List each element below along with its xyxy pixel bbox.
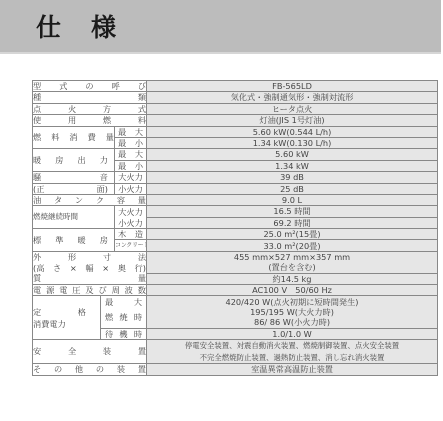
value-safety: 停電安全装置、対震自動消火装置、燃焼制御装置、点火安全装置 不完全燃焼防止装置、… [147,339,438,363]
sublabel-concrete: コンクリート [115,240,147,251]
value-safety-line2: 不完全燃焼防止装置、過熱防止装置、消し忘れ消火装置 [147,352,437,364]
sublabel-heat-min: 最小 [115,160,147,171]
row-room-wood: 標準暖房 木造 25.0 m²(15畳) [33,229,438,240]
row-dimensions-2: (高さ×幅×奥行) (置台を含む) [33,262,438,273]
label-type: 種類 [33,92,147,103]
value-ignition: ヒータ点火 [147,103,438,114]
label-fuel: 使用燃料 [33,115,147,126]
value-power-burning-low: 86/ 86 W(小火力時) [147,317,438,328]
label-dimensions: 外形寸法 [33,251,147,262]
sublabel-burn-low: 小火力 [115,217,147,228]
row-tank: 油タンク容量 9.0 L [33,194,438,205]
value-power-standby: 1.0/1.0 W [147,328,438,339]
sublabel-power-standby: 待機時 [101,328,147,339]
row-weight: 質量 約14.5 kg [33,273,438,284]
row-noise-high: 騒音 大火力 39 dB [33,172,438,183]
row-ignition: 点火方式 ヒータ点火 [33,103,438,114]
label-model: 型式の呼び [33,81,147,92]
sublabel-heat-max: 最大 [115,149,147,160]
label-burn-time: 燃焼継続時間 [33,206,115,229]
value-dimensions: 455 mm×527 mm×357 mm [147,251,438,262]
sublabel-noise-low: 小火力 [115,183,147,194]
value-power-burning-high: 195/195 W(大火力時) [147,307,438,317]
label-noise: 騒音 [33,172,115,183]
label-power-consumption: 定格 消費電力 [33,296,101,340]
header-band: 仕様 [0,0,441,54]
row-type: 種類 気化式・強制通気形・強制対流形 [33,92,438,103]
label-other: その他の装置 [33,364,147,375]
row-fuel-consumption-max: 燃料消費量 最大 5.60 kW(0.544 L/h) [33,126,438,137]
label-heat-output: 暖房出力 [33,149,115,172]
value-model: FB-565LD [147,81,438,92]
value-fuel: 灯油(JIS 1号灯油) [147,115,438,126]
value-tank: 9.0 L [147,194,438,205]
value-other: 室温異常高温防止装置 [147,364,438,375]
value-weight: 約14.5 kg [147,273,438,284]
row-power-max: 定格 消費電力 最大 420/420 W(点火初期に短時間発生) [33,296,438,307]
label-power-consumption-line2: 消費電力 [33,318,100,330]
value-noise-low: 25 dB [147,183,438,194]
spec-table: 型式の呼び FB-565LD 種類 気化式・強制通気形・強制対流形 点火方式 ヒ… [32,80,438,376]
value-power-supply: AC100 V 50/60 Hz [147,285,438,296]
row-fuel: 使用燃料 灯油(JIS 1号灯油) [33,115,438,126]
label-ignition: 点火方式 [33,103,147,114]
label-fuel-consumption: 燃料消費量 [33,126,115,149]
sublabel-power-burning: 燃焼時 [101,307,147,328]
value-heat-max: 5.60 kW [147,149,438,160]
row-dimensions-1: 外形寸法 455 mm×527 mm×357 mm [33,251,438,262]
row-model: 型式の呼び FB-565LD [33,81,438,92]
row-burn-time-high: 燃焼継続時間 大火力 16.5 時間 [33,206,438,217]
value-dimensions-note: (置台を含む) [147,262,438,273]
value-heat-min: 1.34 kW [147,160,438,171]
row-other: その他の装置 室温異常高温防止装置 [33,364,438,375]
label-safety: 安全装置 [33,339,147,363]
value-burn-high: 16.5 時間 [147,206,438,217]
label-tank: 油タンク容量 [33,194,147,205]
value-concrete: 33.0 m²(20畳) [147,240,438,251]
row-heat-output-max: 暖房出力 最大 5.60 kW [33,149,438,160]
value-burn-low: 69.2 時間 [147,217,438,228]
row-power-supply: 電源電圧及び周波数 AC100 V 50/60 Hz [33,285,438,296]
sublabel-burn-high: 大火力 [115,206,147,217]
value-fuel-max: 5.60 kW(0.544 L/h) [147,126,438,137]
label-dimensions-sub: (高さ×幅×奥行) [33,262,147,273]
sublabel-fuel-min: 最小 [115,137,147,148]
value-type: 気化式・強制通気形・強制対流形 [147,92,438,103]
label-room-size: 標準暖房 [33,229,115,252]
sublabel-wood: 木造 [115,229,147,240]
row-safety: 安全装置 停電安全装置、対震自動消火装置、燃焼制御装置、点火安全装置 不完全燃焼… [33,339,438,363]
label-noise-direction: (正面) [33,183,115,194]
row-noise-low: (正面) 小火力 25 dB [33,183,438,194]
value-wood: 25.0 m²(15畳) [147,229,438,240]
label-power-supply: 電源電圧及び周波数 [33,285,147,296]
sublabel-noise-high: 大火力 [115,172,147,183]
label-weight: 質量 [33,273,147,284]
value-noise-high: 39 dB [147,172,438,183]
sublabel-fuel-max: 最大 [115,126,147,137]
sublabel-power-max: 最大 [101,296,147,307]
value-safety-line1: 停電安全装置、対震自動消火装置、燃焼制御装置、点火安全装置 [147,340,437,352]
page-title: 仕様 [36,8,146,44]
value-fuel-min: 1.34 kW(0.130 L/h) [147,137,438,148]
value-power-max: 420/420 W(点火初期に短時間発生) [147,296,438,307]
